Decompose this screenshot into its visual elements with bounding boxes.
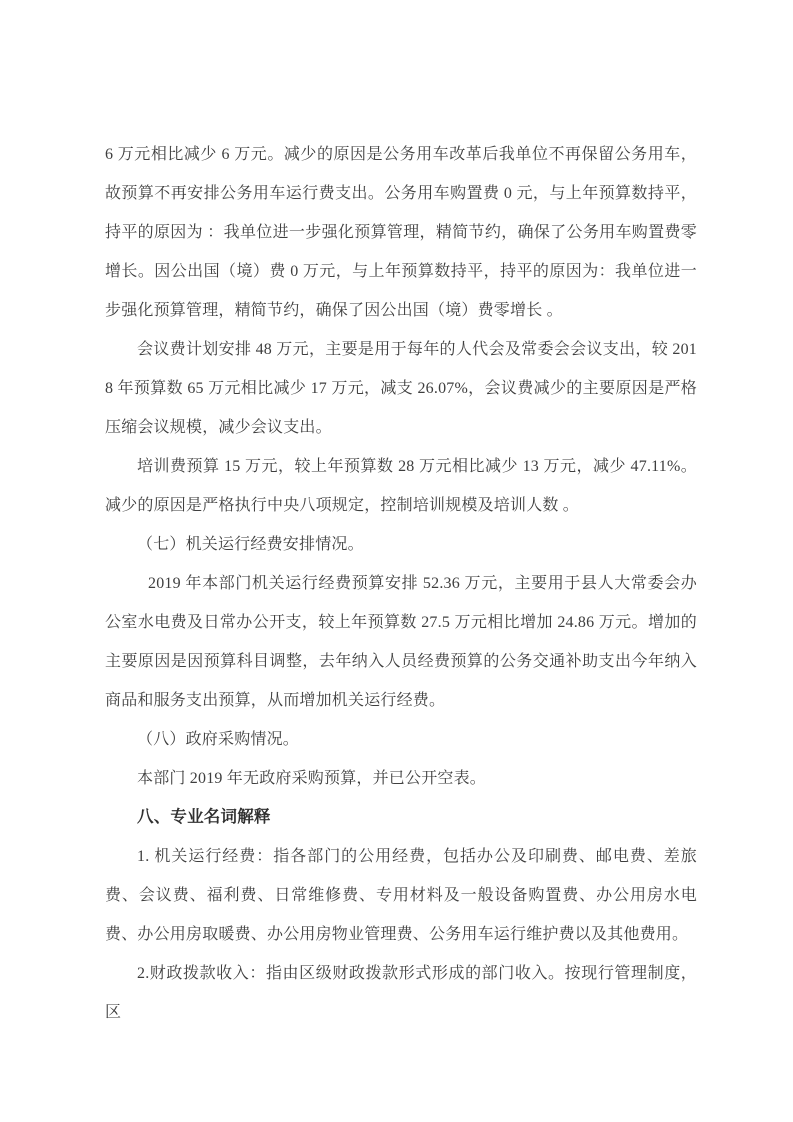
para-training-fee: 培训费预算 15 万元，较上年预算数 28 万元相比减少 13 万元，减少 47… (105, 447, 697, 525)
para-operating-expense: 2019 年本部门机关运行经费预算安排 52.36 万元，主要用于县人大常委会办… (105, 564, 697, 720)
glossary-section-heading: 八、专业名词解释 (105, 798, 697, 837)
para-term-operating-funds: 1. 机关运行经费：指各部门的公用经费，包括办公及印刷费、邮电费、差旅费、会议费… (105, 837, 697, 954)
para-meeting-fee: 会议费计划安排 48 万元，主要是用于每年的人代会及常委会会议支出，较 2018… (105, 330, 697, 447)
para-vehicle-expense-continuation: 6 万元相比减少 6 万元。减少的原因是公务用车改革后我单位不再保留公务用车，故… (105, 135, 697, 330)
para-procurement-statement: 本部门 2019 年无政府采购预算，并已公开空表。 (105, 759, 697, 798)
document-page: 6 万元相比减少 6 万元。减少的原因是公务用车改革后我单位不再保留公务用车，故… (0, 0, 793, 1122)
para-section-seven-title: （七）机关运行经费安排情况。 (105, 525, 697, 564)
document-body: 6 万元相比减少 6 万元。减少的原因是公务用车改革后我单位不再保留公务用车，故… (105, 135, 697, 1032)
para-term-fiscal-appropriation: 2.财政拨款收入：指由区级财政拨款形式形成的部门收入。按现行管理制度，区 (105, 954, 697, 1032)
para-section-eight-title: （八）政府采购情况。 (105, 720, 697, 759)
